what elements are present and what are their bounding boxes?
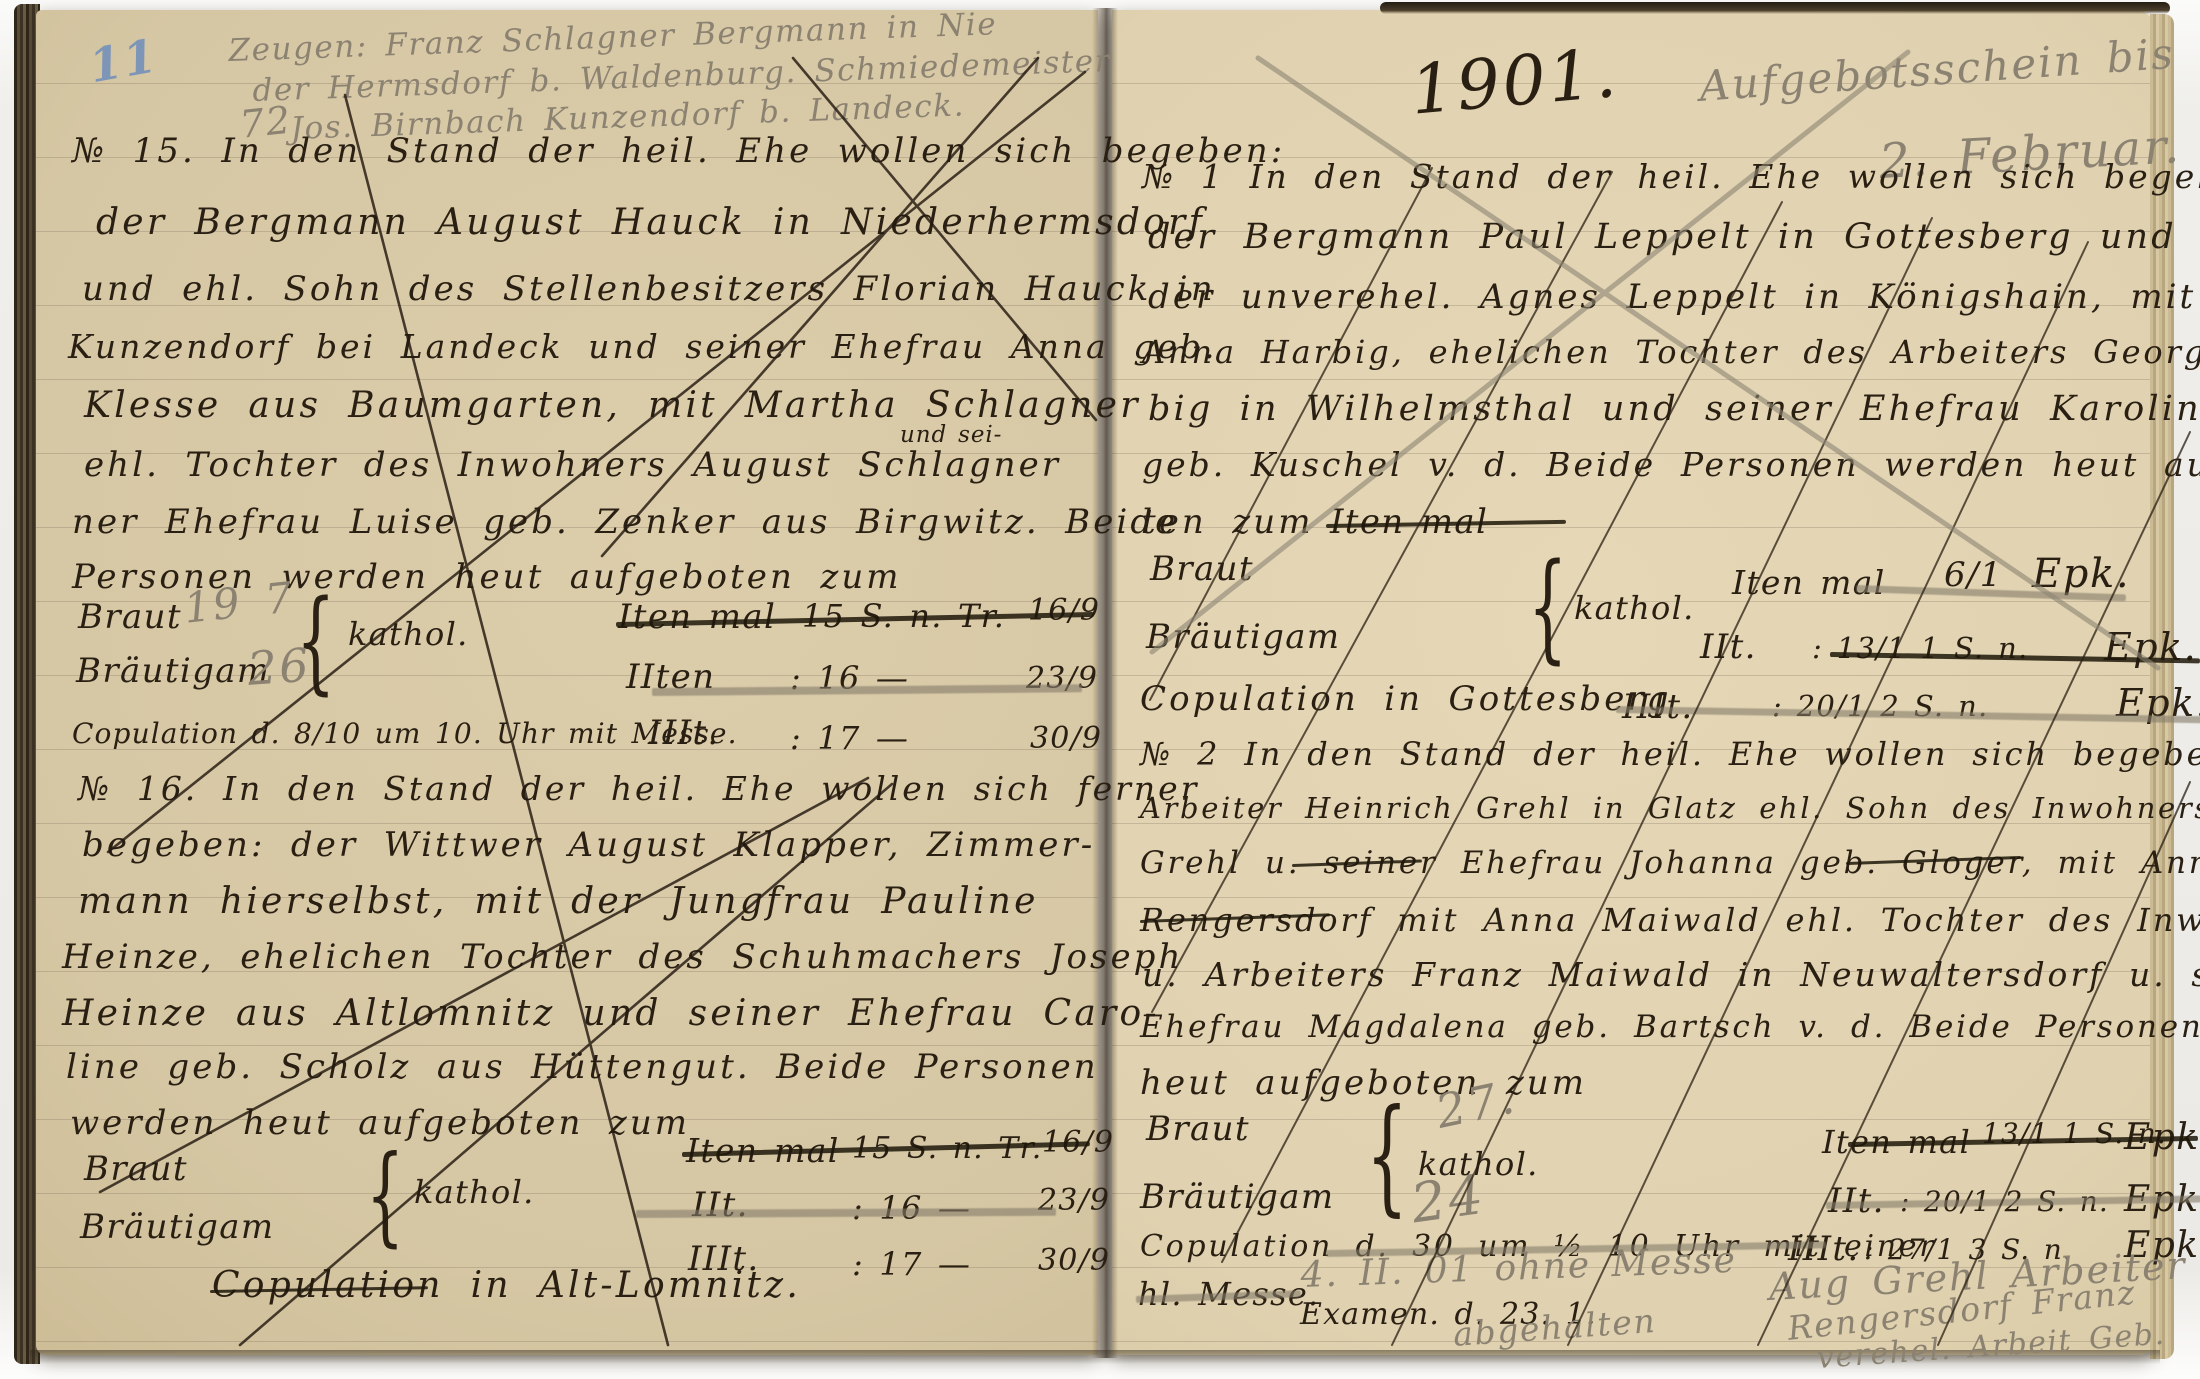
entry-heading-line: № 15. In den Stand der heil. Ehe wollen … bbox=[72, 134, 1285, 168]
religion-label: kathol. bbox=[1574, 592, 1695, 624]
entry-line: Kunzendorf bei Landeck und seiner Ehefra… bbox=[68, 330, 1217, 363]
entry-line: heut aufgeboten zum bbox=[1140, 1066, 1587, 1100]
bride-age: 19 7 bbox=[182, 576, 296, 629]
banns-value: : 17 — bbox=[790, 722, 909, 754]
banns-label: IIt. bbox=[1700, 630, 1757, 664]
banns-date: 30/9 bbox=[1038, 1246, 1110, 1276]
entry-line: Heinze aus Altlomnitz und seiner Ehefrau… bbox=[62, 996, 1160, 1032]
entry-heading-line: № 2 In den Stand der heil. Ehe wollen si… bbox=[1140, 738, 2200, 770]
religion-brace bbox=[1366, 1094, 1408, 1219]
banns-label: Iten mal bbox=[1732, 566, 1886, 599]
banns-date: Epk. bbox=[2032, 554, 2130, 594]
groom-label: Bräutigam bbox=[76, 654, 270, 688]
bride-label: Braut bbox=[1146, 1112, 1250, 1146]
register-photo: 11 Zeugen: Franz Schlagner Bergmann in N… bbox=[0, 0, 2200, 1379]
bride-label: Braut bbox=[84, 1152, 188, 1186]
entry-heading-line: № 1 In den Stand der heil. Ehe wollen si… bbox=[1142, 160, 2200, 193]
page-top-edge bbox=[1380, 2, 2170, 14]
groom-age: 26 bbox=[246, 642, 312, 692]
entry-line: der Bergmann August Hauck in Niederherms… bbox=[96, 205, 1205, 241]
entry-line: mann hierselbst, mit der Jungfrau Paulin… bbox=[78, 884, 1039, 920]
religion-brace bbox=[366, 1142, 404, 1250]
groom-label: Bräutigam bbox=[1140, 1180, 1334, 1214]
entry-heading-line: № 16. In den Stand der heil. Ehe wollen … bbox=[78, 772, 1199, 805]
entry-line: ner Ehefrau Luise geb. Zenker aus Birgwi… bbox=[72, 505, 1178, 539]
religion-brace bbox=[1528, 548, 1567, 666]
entry-line: begeben: der Wittwer August Klapper, Zim… bbox=[82, 828, 1095, 862]
religion-label: kathol. bbox=[414, 1176, 535, 1208]
bride-label: Braut bbox=[1150, 552, 1254, 586]
entry-line: ten zum bbox=[1142, 505, 1314, 539]
entry-line: und ehl. Sohn des Stellenbesitzers Flori… bbox=[82, 272, 1216, 306]
entry-line: Ehefrau Magdalena geb. Bartsch v. d. Bei… bbox=[1140, 1012, 2200, 1043]
entry-line: geb. Kuschel v. d. Beide Personen werden… bbox=[1142, 448, 2200, 481]
entry-line: line geb. Scholz aus Hüttengut. Beide Pe… bbox=[66, 1050, 1099, 1084]
copulation-line: Copulation d. 8/10 um 10. Uhr mit Messe. bbox=[72, 720, 738, 748]
entry-line: Heinze, ehelichen Tochter des Schuhmache… bbox=[62, 940, 1183, 974]
entry-line-superscript: und sei- bbox=[900, 424, 1002, 447]
entry-line: Rengersdorf mit Anna Maiwald ehl. Tochte… bbox=[1140, 904, 2200, 936]
banns-value: : 17 — bbox=[852, 1248, 971, 1280]
entry-line: u. Arbeiters Franz Maiwald in Neuwalters… bbox=[1142, 958, 2200, 991]
year-heading: 1901. bbox=[1408, 40, 1621, 126]
groom-age: 24 bbox=[1408, 1168, 1489, 1232]
banns-date: 30/9 bbox=[1030, 724, 1102, 754]
entry-line: Anna Harbig, ehelichen Tochter des Arbei… bbox=[1142, 336, 2200, 368]
entry-line: big in Wilhelmsthal und seiner Ehefrau K… bbox=[1148, 392, 2200, 427]
entry-line: Klesse aus Baumgarten, mit Martha Schlag… bbox=[84, 388, 1141, 424]
entry-line: ehl. Tochter des Inwohners August Schlag… bbox=[84, 448, 1061, 482]
entry-line: der unverehel. Agnes Leppelt in Königsha… bbox=[1148, 280, 2196, 314]
groom-label: Bräutigam bbox=[1146, 620, 1340, 654]
banns-value: 6/1 bbox=[1944, 558, 2003, 592]
banns-date: 16/9 bbox=[1028, 596, 1100, 626]
entry-line: Arbeiter Heinrich Grehl in Glatz ehl. So… bbox=[1140, 794, 2200, 823]
copulation-line: Copulation in Alt-Lomnitz. bbox=[212, 1268, 801, 1304]
banns-label: Iten mal bbox=[618, 600, 776, 634]
religion-label: kathol. bbox=[348, 618, 469, 650]
entry-line: der Bergmann Paul Leppelt in Gottesberg … bbox=[1148, 220, 2200, 255]
copulation-line: Copulation in Gottesberg bbox=[1140, 682, 1672, 716]
page-number: 11 bbox=[86, 32, 162, 89]
bride-label: Braut bbox=[78, 600, 182, 634]
groom-label: Bräutigam bbox=[80, 1210, 274, 1244]
